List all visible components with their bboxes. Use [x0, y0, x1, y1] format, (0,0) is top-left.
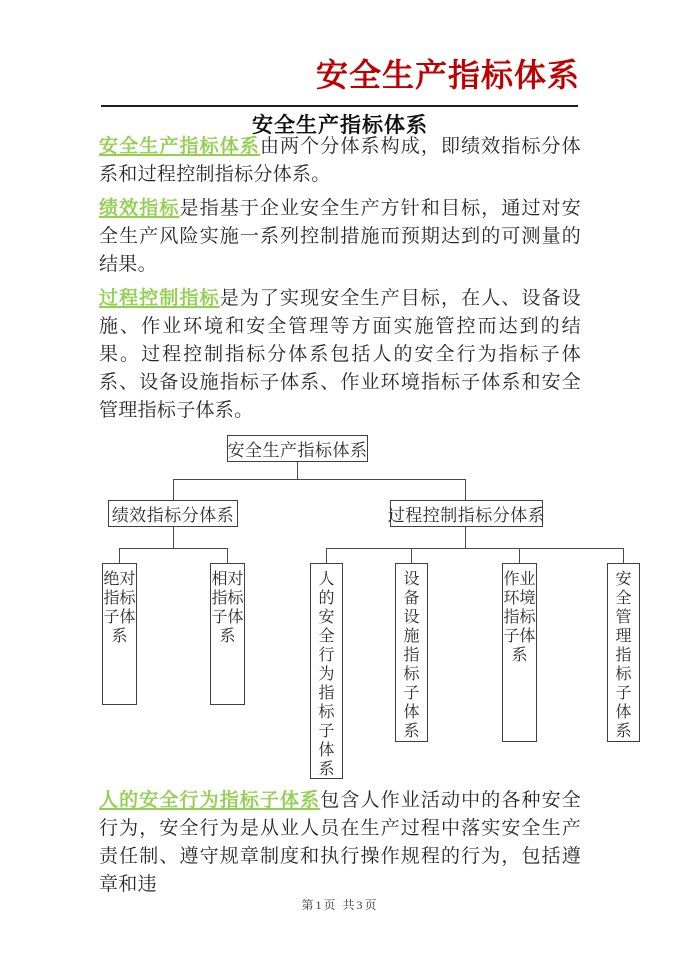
- chart-node-human-behavior: 人的安全行为指标子体系: [310, 563, 343, 779]
- connector-line: [326, 548, 327, 563]
- chart-node-relative-indicator: 相对指标子体系: [210, 563, 245, 705]
- connector-line: [326, 548, 623, 549]
- chart-node-safety-management: 安全管理指标子体系: [607, 563, 640, 742]
- chart-node-work-environment: 作业环境指标子体系: [502, 563, 537, 742]
- header-title: 安全生产指标体系: [100, 50, 580, 96]
- header-divider: [101, 105, 578, 107]
- connector-line: [227, 548, 228, 563]
- term-link-indicator-system[interactable]: 安全生产指标体系: [99, 136, 260, 157]
- term-link-process-control-indicator[interactable]: 过程控制指标: [99, 288, 220, 309]
- connector-line: [519, 548, 520, 563]
- connector-line: [623, 548, 624, 563]
- paragraph: 安全生产指标体系由两个分体系构成，即绩效指标分体系和过程控制指标分体系。: [99, 133, 581, 189]
- page-footer: 第1页 共3页: [100, 896, 580, 913]
- chart-node-performance-subsystem: 绩效指标分体系: [108, 500, 238, 527]
- document-body-bottom: 人的安全行为指标子体系包含人作业活动中的各种安全行为，安全行为是从业人员在生产过…: [99, 787, 581, 905]
- connector-line: [465, 479, 466, 500]
- connector-line: [297, 462, 298, 479]
- paragraph: 人的安全行为指标子体系包含人作业活动中的各种安全行为，安全行为是从业人员在生产过…: [99, 787, 581, 899]
- connector-line: [411, 548, 412, 563]
- connector-line: [173, 479, 174, 500]
- term-link-performance-indicator[interactable]: 绩效指标: [99, 198, 179, 219]
- connector-line: [119, 548, 120, 563]
- chart-node-process-control-subsystem: 过程控制指标分体系: [390, 500, 543, 527]
- connector-line: [119, 548, 228, 549]
- document-body: 安全生产指标体系由两个分体系构成，即绩效指标分体系和过程控制指标分体系。 绩效指…: [99, 133, 581, 431]
- connector-line: [173, 479, 466, 480]
- term-link-human-behavior-subsystem[interactable]: 人的安全行为指标子体系: [99, 790, 320, 811]
- chart-node-root: 安全生产指标体系: [227, 435, 368, 462]
- connector-line: [173, 527, 174, 548]
- org-chart: 安全生产指标体系 绩效指标分体系 过程控制指标分体系 绝对指标子体系 相对指标子…: [0, 435, 684, 787]
- paragraph: 过程控制指标是为了实现安全生产目标，在人、设备设施、作业环境和安全管理等方面实施…: [99, 285, 581, 425]
- paragraph: 绩效指标是指基于企业安全生产方针和目标，通过对安全生产风险实施一系列控制措施而预…: [99, 195, 581, 279]
- chart-node-equipment-facility: 设备设施指标子体系: [395, 563, 428, 742]
- chart-node-absolute-indicator: 绝对指标子体系: [102, 563, 137, 705]
- document-page: 安全生产指标体系 安全生产指标体系 安全生产指标体系由两个分体系构成，即绩效指标…: [0, 0, 684, 967]
- connector-line: [465, 527, 466, 548]
